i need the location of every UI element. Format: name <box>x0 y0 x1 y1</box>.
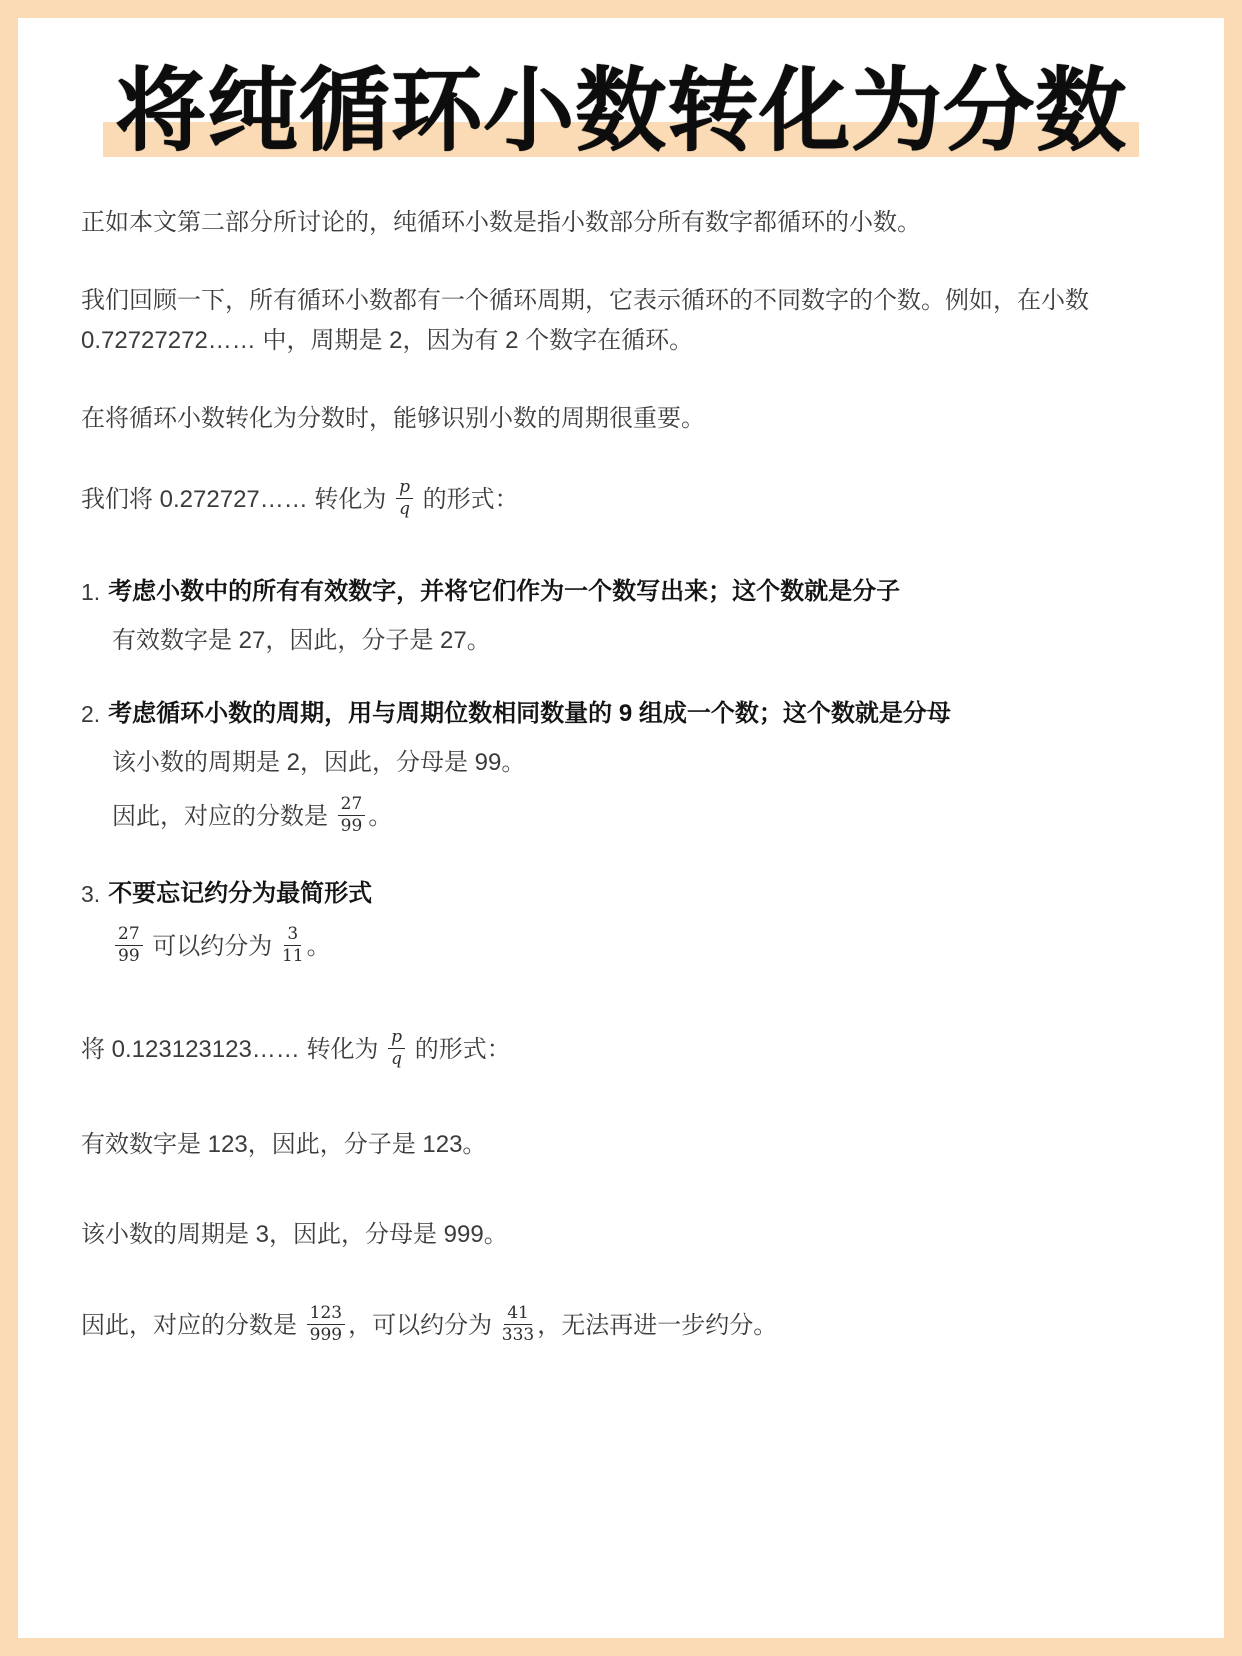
text-segment: 。 <box>307 933 331 960</box>
text-segment: 的形式： <box>408 1036 511 1063</box>
paragraph-final-fraction: 因此，对应的分数是 123999，可以约分为 41333，无法再进一步约分。 <box>81 1303 1161 1349</box>
article-content: 正如本文第二部分所讨论的，纯循环小数是指小数部分所有数字都循环的小数。 我们回顾… <box>63 203 1179 1349</box>
step-title-numerator-rule: 考虑小数中的所有有效数字，并将它们作为一个数写出来；这个数就是分子 <box>108 573 900 611</box>
fraction-denominator: 99 <box>118 946 140 966</box>
text-segment: 因此，对应的分数是 <box>81 1312 304 1339</box>
text-segment: 可以约分为 <box>146 933 279 960</box>
page-card: 将纯循环小数转化为分数 正如本文第二部分所讨论的，纯循环小数是指小数部分所有数字… <box>18 18 1224 1638</box>
text-segment: 我们将 0.272727…… 转化为 <box>81 486 393 513</box>
step-number: 1. <box>81 573 108 611</box>
step-detail: 有效数字是 27，因此，分子是 27。 <box>112 621 1161 661</box>
fraction-denominator: q <box>399 499 410 519</box>
fraction-123-999: 123999 <box>307 1304 345 1344</box>
step-detail: 该小数的周期是 2，因此，分母是 99。 <box>112 743 1161 783</box>
paragraph-importance: 在将循环小数转化为分数时，能够识别小数的周期很重要。 <box>81 399 1161 439</box>
fraction-3-11: 311 <box>282 925 304 965</box>
paragraph-convert-0272727: 我们将 0.272727…… 转化为 pq 的形式： <box>81 477 1161 523</box>
fraction-denominator: 99 <box>341 816 363 836</box>
paragraph-period-recap: 我们回顾一下，所有循环小数都有一个循环周期，它表示循环的不同数字的个数。例如，在… <box>81 281 1161 361</box>
title-wrap: 将纯循环小数转化为分数 <box>115 66 1127 157</box>
step-title-denominator-rule: 考虑循环小数的周期，用与周期位数相同数量的 9 组成一个数；这个数就是分母 <box>108 695 951 733</box>
fraction-denominator: q <box>391 1049 402 1069</box>
step-title-simplify-rule: 不要忘记约分为最简形式 <box>108 875 372 913</box>
fraction-denominator: 11 <box>282 946 304 966</box>
title-block: 将纯循环小数转化为分数 <box>63 66 1179 157</box>
fraction-numerator: 3 <box>284 925 301 946</box>
text-segment: 的形式： <box>416 486 519 513</box>
fraction-numerator: p <box>388 1028 405 1049</box>
step-number: 2. <box>81 695 108 733</box>
page-title: 将纯循环小数转化为分数 <box>115 61 1127 162</box>
text-segment: ，可以约分为 <box>348 1312 499 1339</box>
fraction-p-q: pq <box>396 478 413 518</box>
fraction-p-q: pq <box>388 1028 405 1068</box>
fraction-numerator: p <box>396 478 413 499</box>
fraction-27-99: 2799 <box>338 795 366 835</box>
fraction-numerator: 27 <box>115 925 143 946</box>
text-segment: 因此，对应的分数是 <box>112 803 335 830</box>
text-segment: 将 0.123123123…… 转化为 <box>81 1036 385 1063</box>
step-simplify-fractions: 2799 可以约分为 311。 <box>112 923 1161 971</box>
paragraph-convert-0123123123: 将 0.123123123…… 转化为 pq 的形式： <box>81 1027 1161 1073</box>
list-item-step-2: 2. 考虑循环小数的周期，用与周期位数相同数量的 9 组成一个数；这个数就是分母… <box>81 695 1161 841</box>
fraction-41-333: 41333 <box>502 1304 534 1344</box>
step-number: 3. <box>81 875 108 913</box>
fraction-numerator: 41 <box>504 1304 532 1325</box>
text-segment: 。 <box>368 803 392 830</box>
paragraph-numerator-123: 有效数字是 123，因此，分子是 123。 <box>81 1125 1161 1165</box>
fraction-27-99: 2799 <box>115 925 143 965</box>
fraction-denominator: 333 <box>502 1325 534 1345</box>
text-segment: ，无法再进一步约分。 <box>537 1312 777 1339</box>
fraction-denominator: 999 <box>310 1325 342 1345</box>
list-item-step-3: 3. 不要忘记约分为最简形式 2799 可以约分为 311。 <box>81 875 1161 971</box>
fraction-numerator: 123 <box>307 1304 345 1325</box>
list-item-step-1: 1. 考虑小数中的所有有效数字，并将它们作为一个数写出来；这个数就是分子 有效数… <box>81 573 1161 661</box>
steps-list: 1. 考虑小数中的所有有效数字，并将它们作为一个数写出来；这个数就是分子 有效数… <box>81 573 1161 971</box>
step-conclusion-fraction: 因此，对应的分数是 2799。 <box>112 793 1161 841</box>
paragraph-denominator-999: 该小数的周期是 3，因此，分母是 999。 <box>81 1215 1161 1255</box>
page-frame: 将纯循环小数转化为分数 正如本文第二部分所讨论的，纯循环小数是指小数部分所有数字… <box>0 0 1242 1656</box>
paragraph-definition: 正如本文第二部分所讨论的，纯循环小数是指小数部分所有数字都循环的小数。 <box>81 203 1161 243</box>
fraction-numerator: 27 <box>338 795 366 816</box>
